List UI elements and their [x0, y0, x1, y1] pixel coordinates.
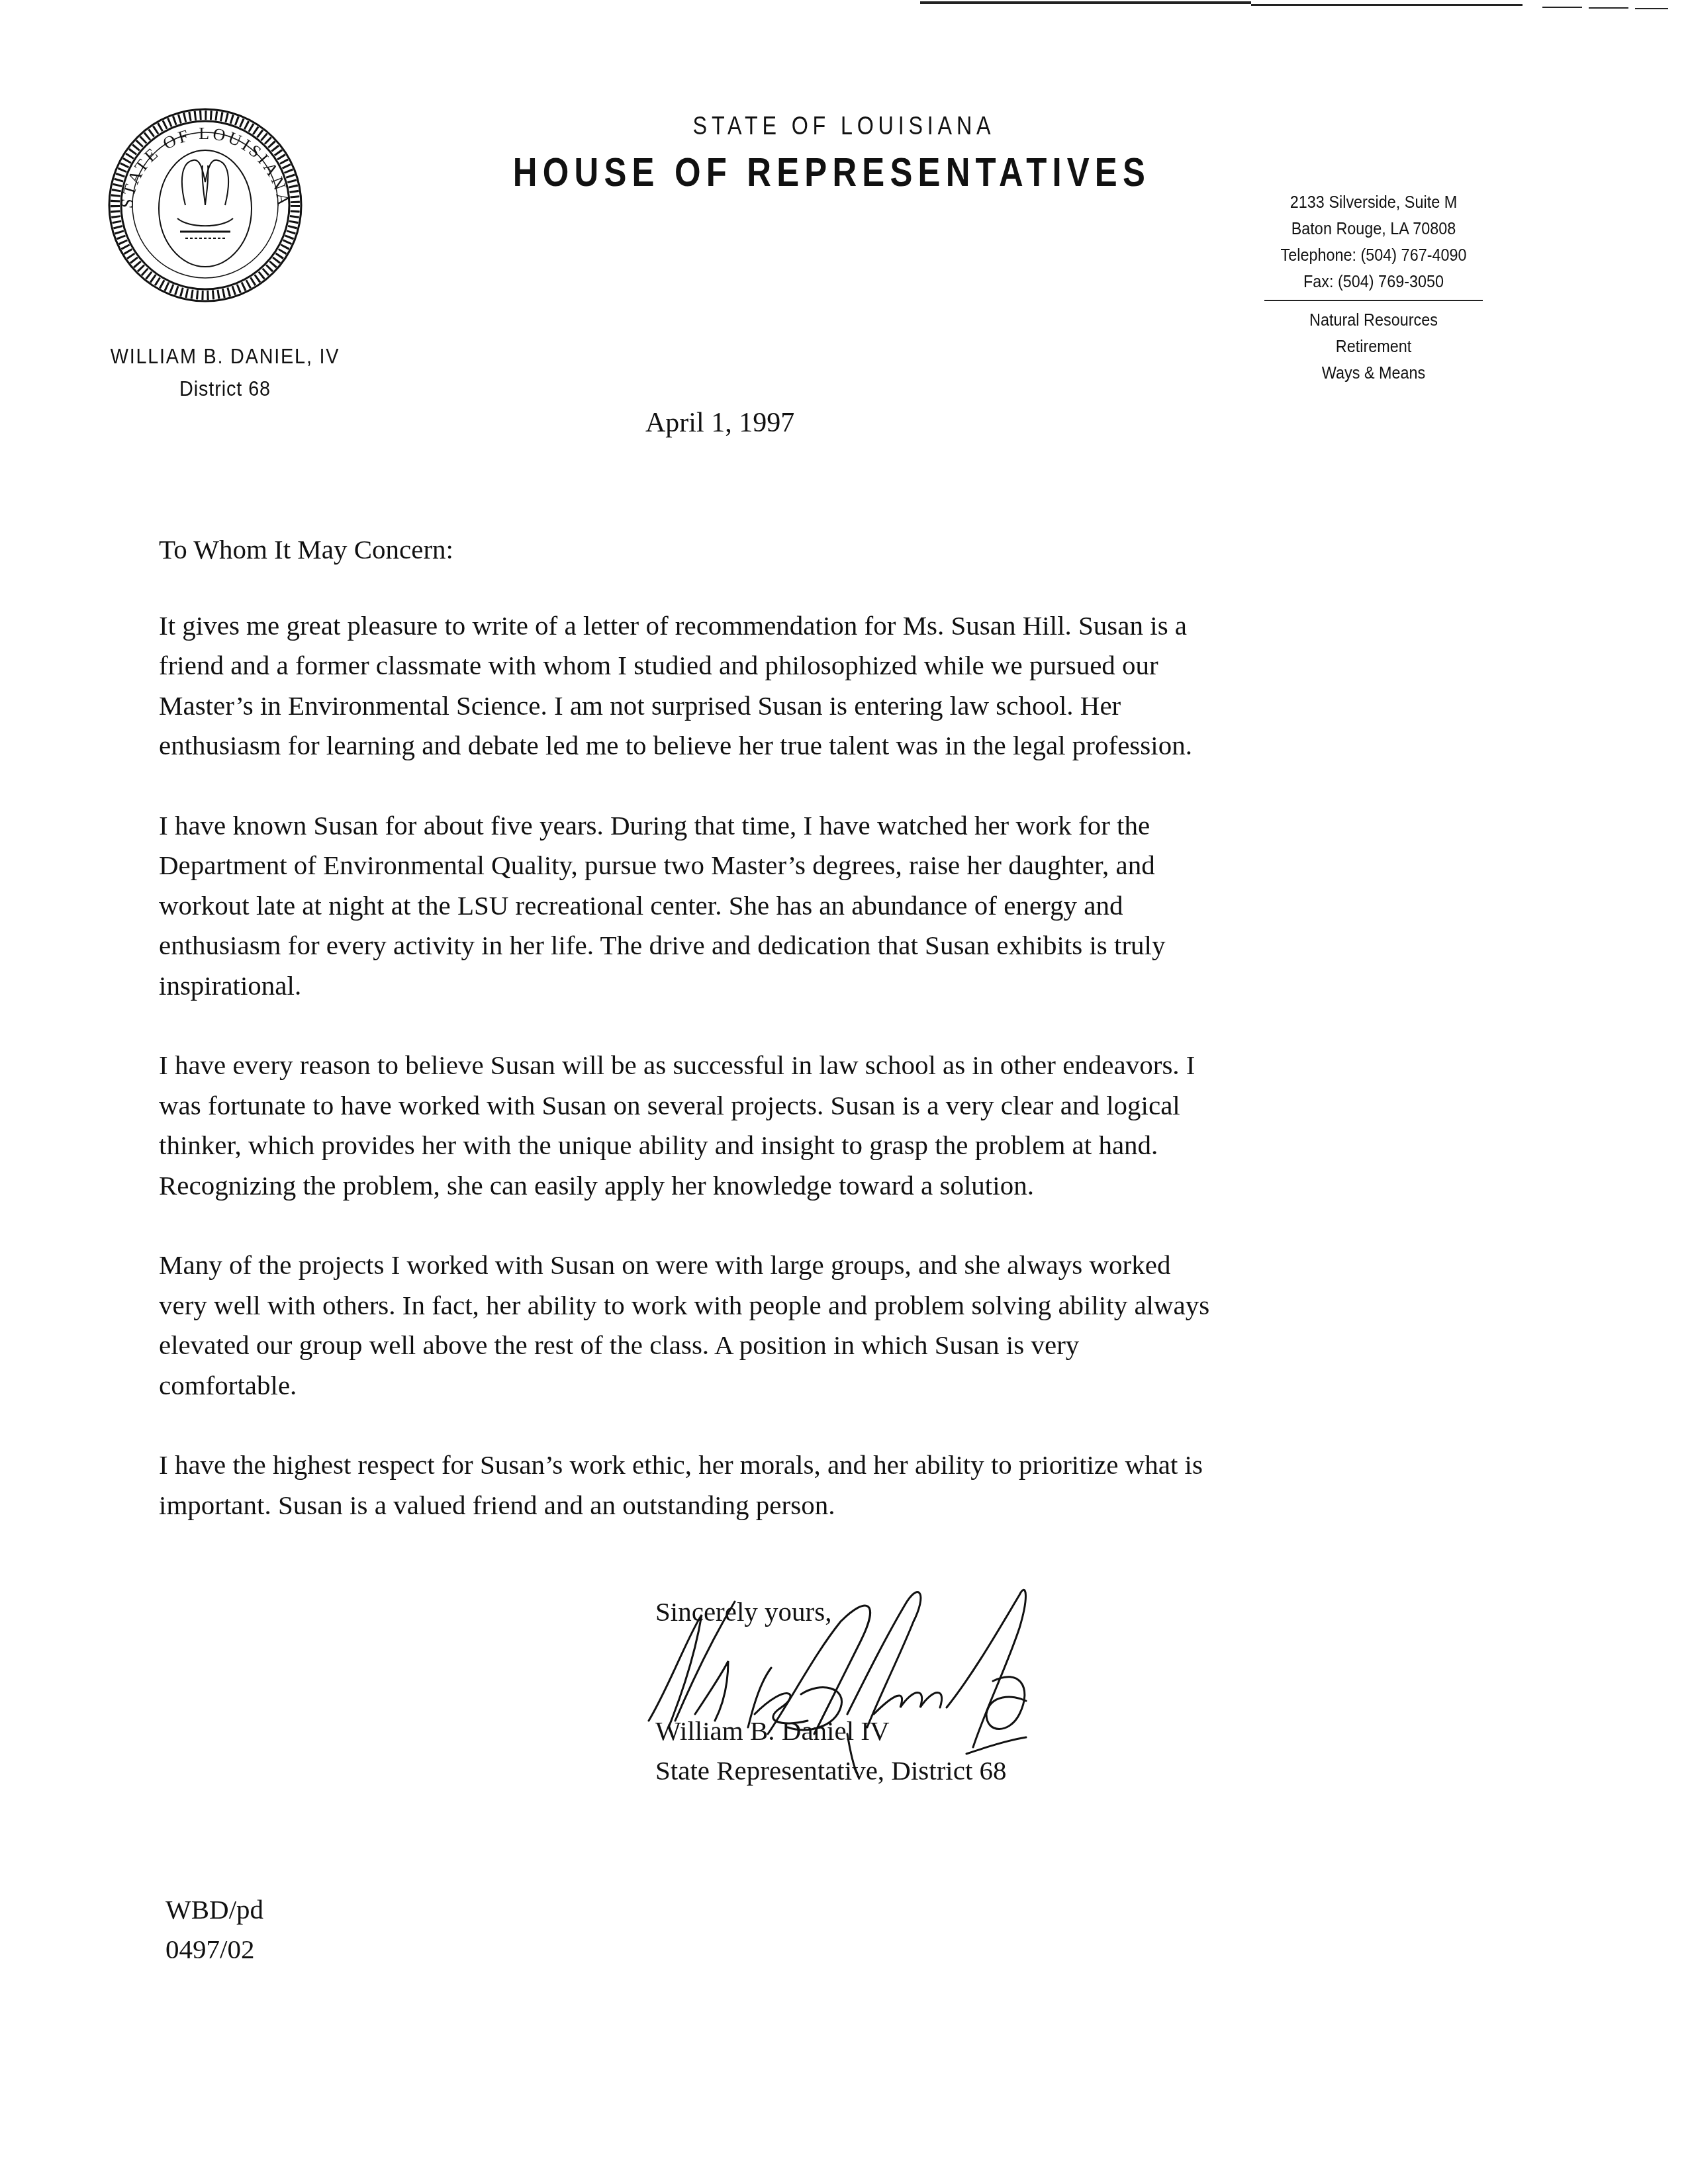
- valediction: Sincerely yours,: [655, 1592, 1007, 1631]
- address-fax: Fax: (504) 769-3050: [1258, 268, 1490, 295]
- paragraph-line: very well with others. In fact, her abil…: [159, 1285, 1496, 1326]
- paragraph-line: workout late at night at the LSU recreat…: [159, 886, 1496, 926]
- paragraph-line: was fortunate to have worked with Susan …: [159, 1085, 1496, 1126]
- committee-item: Natural Resources: [1258, 306, 1490, 333]
- scan-artifact-line: [1589, 7, 1628, 9]
- closing-block: Sincerely yours, William B. Daniel IV St…: [655, 1592, 1007, 1790]
- paragraph-line: thinker, which provides her with the uni…: [159, 1125, 1496, 1165]
- paragraph-line: I have every reason to believe Susan wil…: [159, 1045, 1496, 1085]
- paragraph-line: inspirational.: [159, 966, 1496, 1006]
- paragraph-line: I have known Susan for about five years.…: [159, 805, 1496, 846]
- body-paragraph: I have every reason to believe Susan wil…: [159, 1045, 1496, 1205]
- body-paragraph: Many of the projects I worked with Susan…: [159, 1245, 1496, 1405]
- paragraph-line: enthusiasm for learning and debate led m…: [159, 725, 1496, 766]
- body-paragraph: I have known Susan for about five years.…: [159, 805, 1496, 1006]
- paragraph-line: enthusiasm for every activity in her lif…: [159, 925, 1496, 966]
- paragraph-line: important. Susan is a valued friend and …: [159, 1485, 1496, 1525]
- signer-title: State Representative, District 68: [655, 1751, 1007, 1790]
- representative-district: District 68: [94, 377, 356, 401]
- address-telephone: Telephone: (504) 767-4090: [1258, 242, 1490, 268]
- committee-item: Retirement: [1258, 333, 1490, 359]
- paragraph-line: It gives me great pleasure to write of a…: [159, 606, 1496, 646]
- reference-initials: WBD/pd: [165, 1889, 263, 1929]
- paragraph-line: Master’s in Environmental Science. I am …: [159, 686, 1496, 726]
- address-street: 2133 Silverside, Suite M: [1258, 189, 1490, 215]
- state-title: STATE OF LOUISIANA: [126, 113, 1562, 141]
- address-block: 2133 Silverside, Suite M Baton Rouge, LA…: [1244, 189, 1503, 386]
- paragraph-line: Department of Environmental Quality, pur…: [159, 845, 1496, 886]
- committee-item: Ways & Means: [1258, 359, 1490, 386]
- salutation: To Whom It May Concern:: [159, 529, 1496, 570]
- representative-name: WILLIAM B. DANIEL, IV: [94, 344, 356, 369]
- letter-date: April 1, 1997: [645, 407, 794, 439]
- scan-artifact-line: [1542, 7, 1582, 8]
- reference-code: 0497/02: [165, 1929, 263, 1969]
- paragraphs: It gives me great pleasure to write of a…: [159, 606, 1496, 1525]
- body-paragraph: It gives me great pleasure to write of a…: [159, 606, 1496, 766]
- signer-name: William B. Daniel IV: [655, 1711, 1007, 1751]
- address-divider: [1264, 300, 1483, 301]
- scan-artifact-line: [920, 1, 1251, 4]
- paragraph-line: elevated our group well above the rest o…: [159, 1325, 1496, 1365]
- scan-artifact-line: [1251, 4, 1523, 6]
- paragraph-line: I have the highest respect for Susan’s w…: [159, 1445, 1496, 1485]
- scan-artifact-line: [1635, 8, 1668, 9]
- paragraph-line: Many of the projects I worked with Susan…: [159, 1245, 1496, 1285]
- reference-block: WBD/pd 0497/02: [165, 1889, 263, 1969]
- paragraph-line: friend and a former classmate with whom …: [159, 645, 1496, 686]
- body-paragraph: I have the highest respect for Susan’s w…: [159, 1445, 1496, 1525]
- representative-block: WILLIAM B. DANIEL, IV District 68: [79, 344, 371, 401]
- letter-body: To Whom It May Concern: It gives me grea…: [159, 529, 1496, 1565]
- address-city: Baton Rouge, LA 70808: [1258, 215, 1490, 242]
- paragraph-line: Recognizing the problem, she can easily …: [159, 1165, 1496, 1206]
- paragraph-line: comfortable.: [159, 1365, 1496, 1406]
